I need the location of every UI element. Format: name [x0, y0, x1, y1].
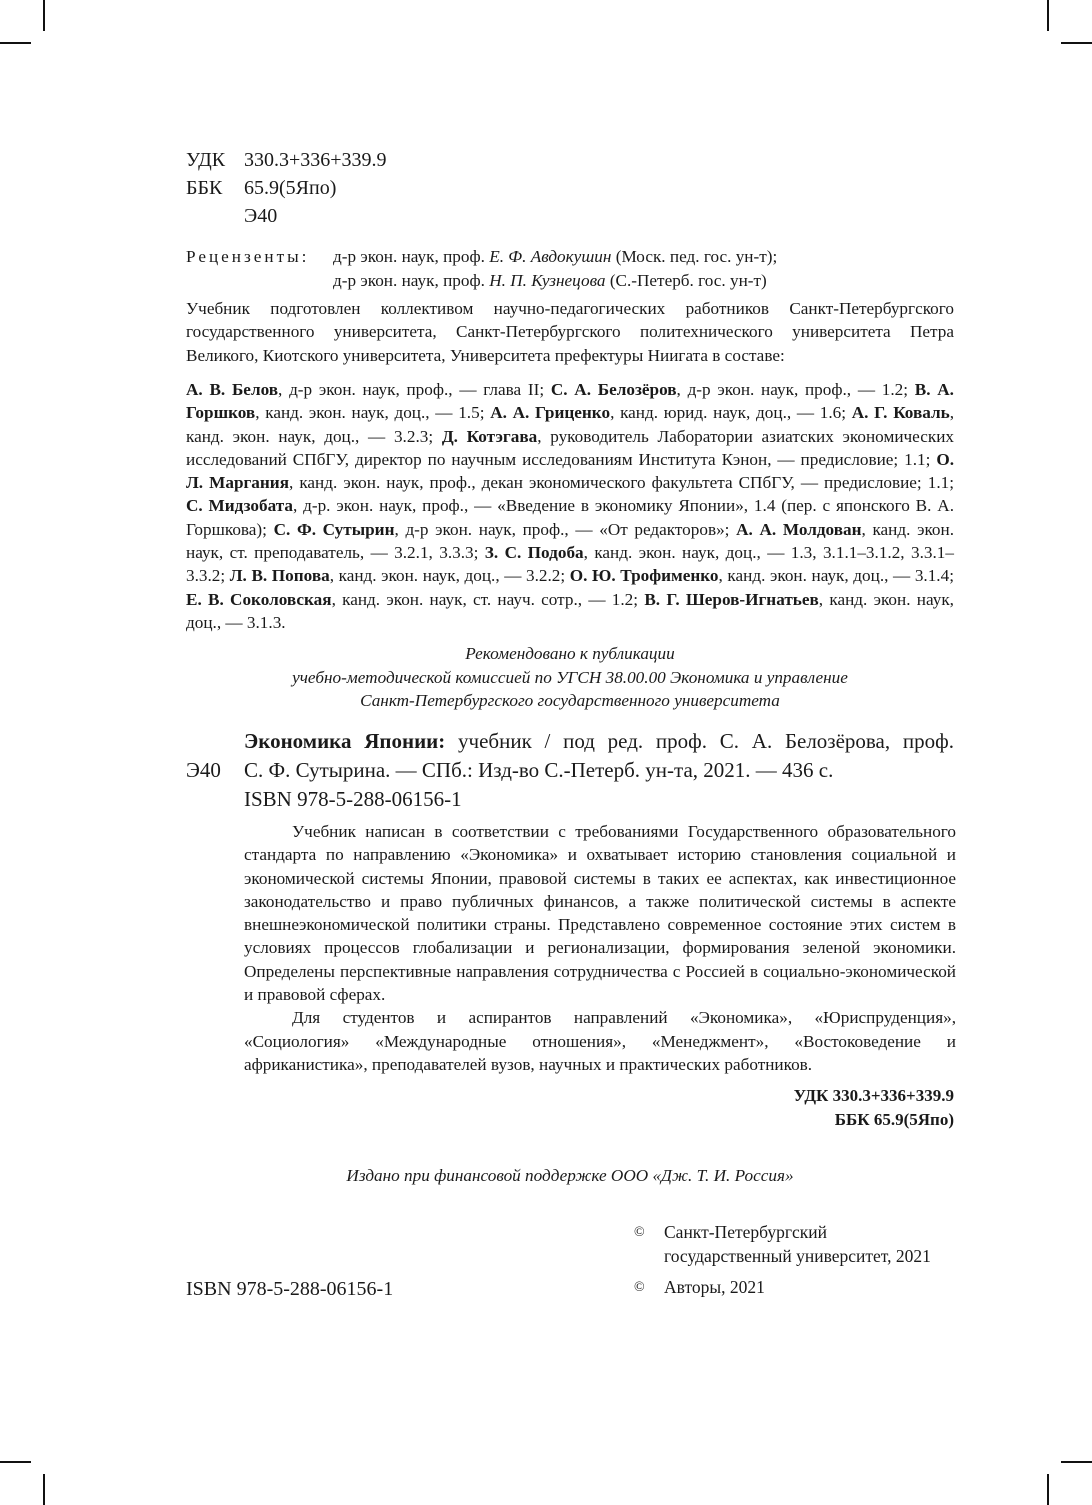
crop-mark-top-right-h: [1061, 42, 1092, 44]
copyright-icon: ©: [634, 1221, 664, 1245]
author-name: О. Ю. Трофименко: [570, 566, 719, 585]
author-role: , канд. экон. наук, доц., — 1.5;: [255, 403, 490, 422]
sponsor-note: Издано при финансовой поддержке ООО «Дж.…: [186, 1164, 954, 1188]
bbk-line: ББК65.9(5Япо): [186, 174, 387, 202]
author-role: , канд. экон. наук, доц., — 3.1.4;: [719, 566, 954, 585]
author-name: А. Г. Коваль: [852, 403, 950, 422]
author-name: А. А. Гриценко: [490, 403, 610, 422]
author-name: Д. Котэгава: [442, 427, 537, 446]
author-name: А. В. Белов: [186, 380, 278, 399]
catalog-codes: УДК330.3+336+339.9 ББК65.9(5Япо) Э40: [186, 146, 387, 230]
crop-mark-bottom-right-v: [1047, 1474, 1049, 1505]
copyright-university: © Санкт-Петербургский государственный ун…: [634, 1221, 931, 1268]
crop-mark-top-right-v: [1047, 0, 1049, 31]
authors-list: А. В. Белов, д-р экон. наук, проф., — гл…: [186, 378, 954, 634]
annotation: Учебник написан в соответствии с требова…: [244, 820, 956, 1076]
prepared-by-text: Учебник подготовлен коллективом научно-п…: [186, 297, 954, 367]
copyright-block: © Санкт-Петербургский государственный ун…: [634, 1221, 931, 1300]
author-role: , д-р экон. наук, проф., — глава II;: [278, 380, 551, 399]
recommendation: Рекомендовано к публикации учебно-методи…: [186, 642, 954, 713]
biblio-line-1: Экономика Японии: учебник / под ред. про…: [244, 727, 954, 756]
author-role: , канд. экон. наук, доц., — 3.2.2;: [330, 566, 570, 585]
author-name: С. А. Белозёров: [551, 380, 677, 399]
footer-codes: УДК 330.3+336+339.9 ББК 65.9(5Япо): [600, 1084, 954, 1131]
biblio-line-2: Э40 С. Ф. Сутырина. — СПб.: Изд-во С.-Пе…: [186, 756, 954, 785]
crop-mark-bottom-left-v: [43, 1474, 45, 1505]
author-name: С. Мидзобата: [186, 496, 293, 515]
author-role: , д-р экон. наук, проф., — 1.2;: [677, 380, 915, 399]
biblio-isbn: ISBN 978-5-288-06156-1: [244, 785, 954, 814]
isbn: ISBN 978-5-288-06156-1: [186, 1277, 393, 1301]
author-role: , канд. экон. наук, проф., декан экономи…: [289, 473, 954, 492]
reviewer-1: д-р экон. наук, проф. Е. Ф. Авдокушин (М…: [333, 245, 777, 269]
author-name: С. Ф. Сутырин: [274, 520, 395, 539]
crop-mark-top-left-v: [43, 0, 45, 31]
crop-mark-bottom-right-h: [1061, 1461, 1092, 1463]
copyright-authors: © Авторы, 2021: [634, 1276, 931, 1300]
crop-mark-top-left-h: [0, 42, 31, 44]
author-role: , канд. экон. наук, ст. науч. сотр., — 1…: [332, 590, 645, 609]
author-role: , канд. юрид. наук, доц., — 1.6;: [610, 403, 852, 422]
reviewers-label: Рецензенты:: [186, 245, 309, 269]
author-mark-line: Э40: [186, 202, 387, 230]
reviewers: Рецензенты: д-р экон. наук, проф. Е. Ф. …: [186, 245, 777, 292]
author-name: А. А. Молдован: [736, 520, 861, 539]
reviewer-2: д-р экон. наук, проф. Н. П. Кузнецова (С…: [333, 269, 777, 293]
copyright-icon: ©: [634, 1276, 664, 1300]
author-mark: Э40: [186, 756, 221, 785]
author-name: Е. В. Соколовская: [186, 590, 332, 609]
author-name: Л. В. Попова: [230, 566, 330, 585]
bibliographic-record: Экономика Японии: учебник / под ред. про…: [186, 727, 954, 814]
author-name: З. С. Подоба: [485, 543, 584, 562]
udk-line: УДК330.3+336+339.9: [186, 146, 387, 174]
author-role: , д-р экон. наук, проф., — «От редакторо…: [394, 520, 736, 539]
author-name: В. Г. Шеров-Игнатьев: [644, 590, 818, 609]
crop-mark-bottom-left-h: [0, 1461, 31, 1463]
